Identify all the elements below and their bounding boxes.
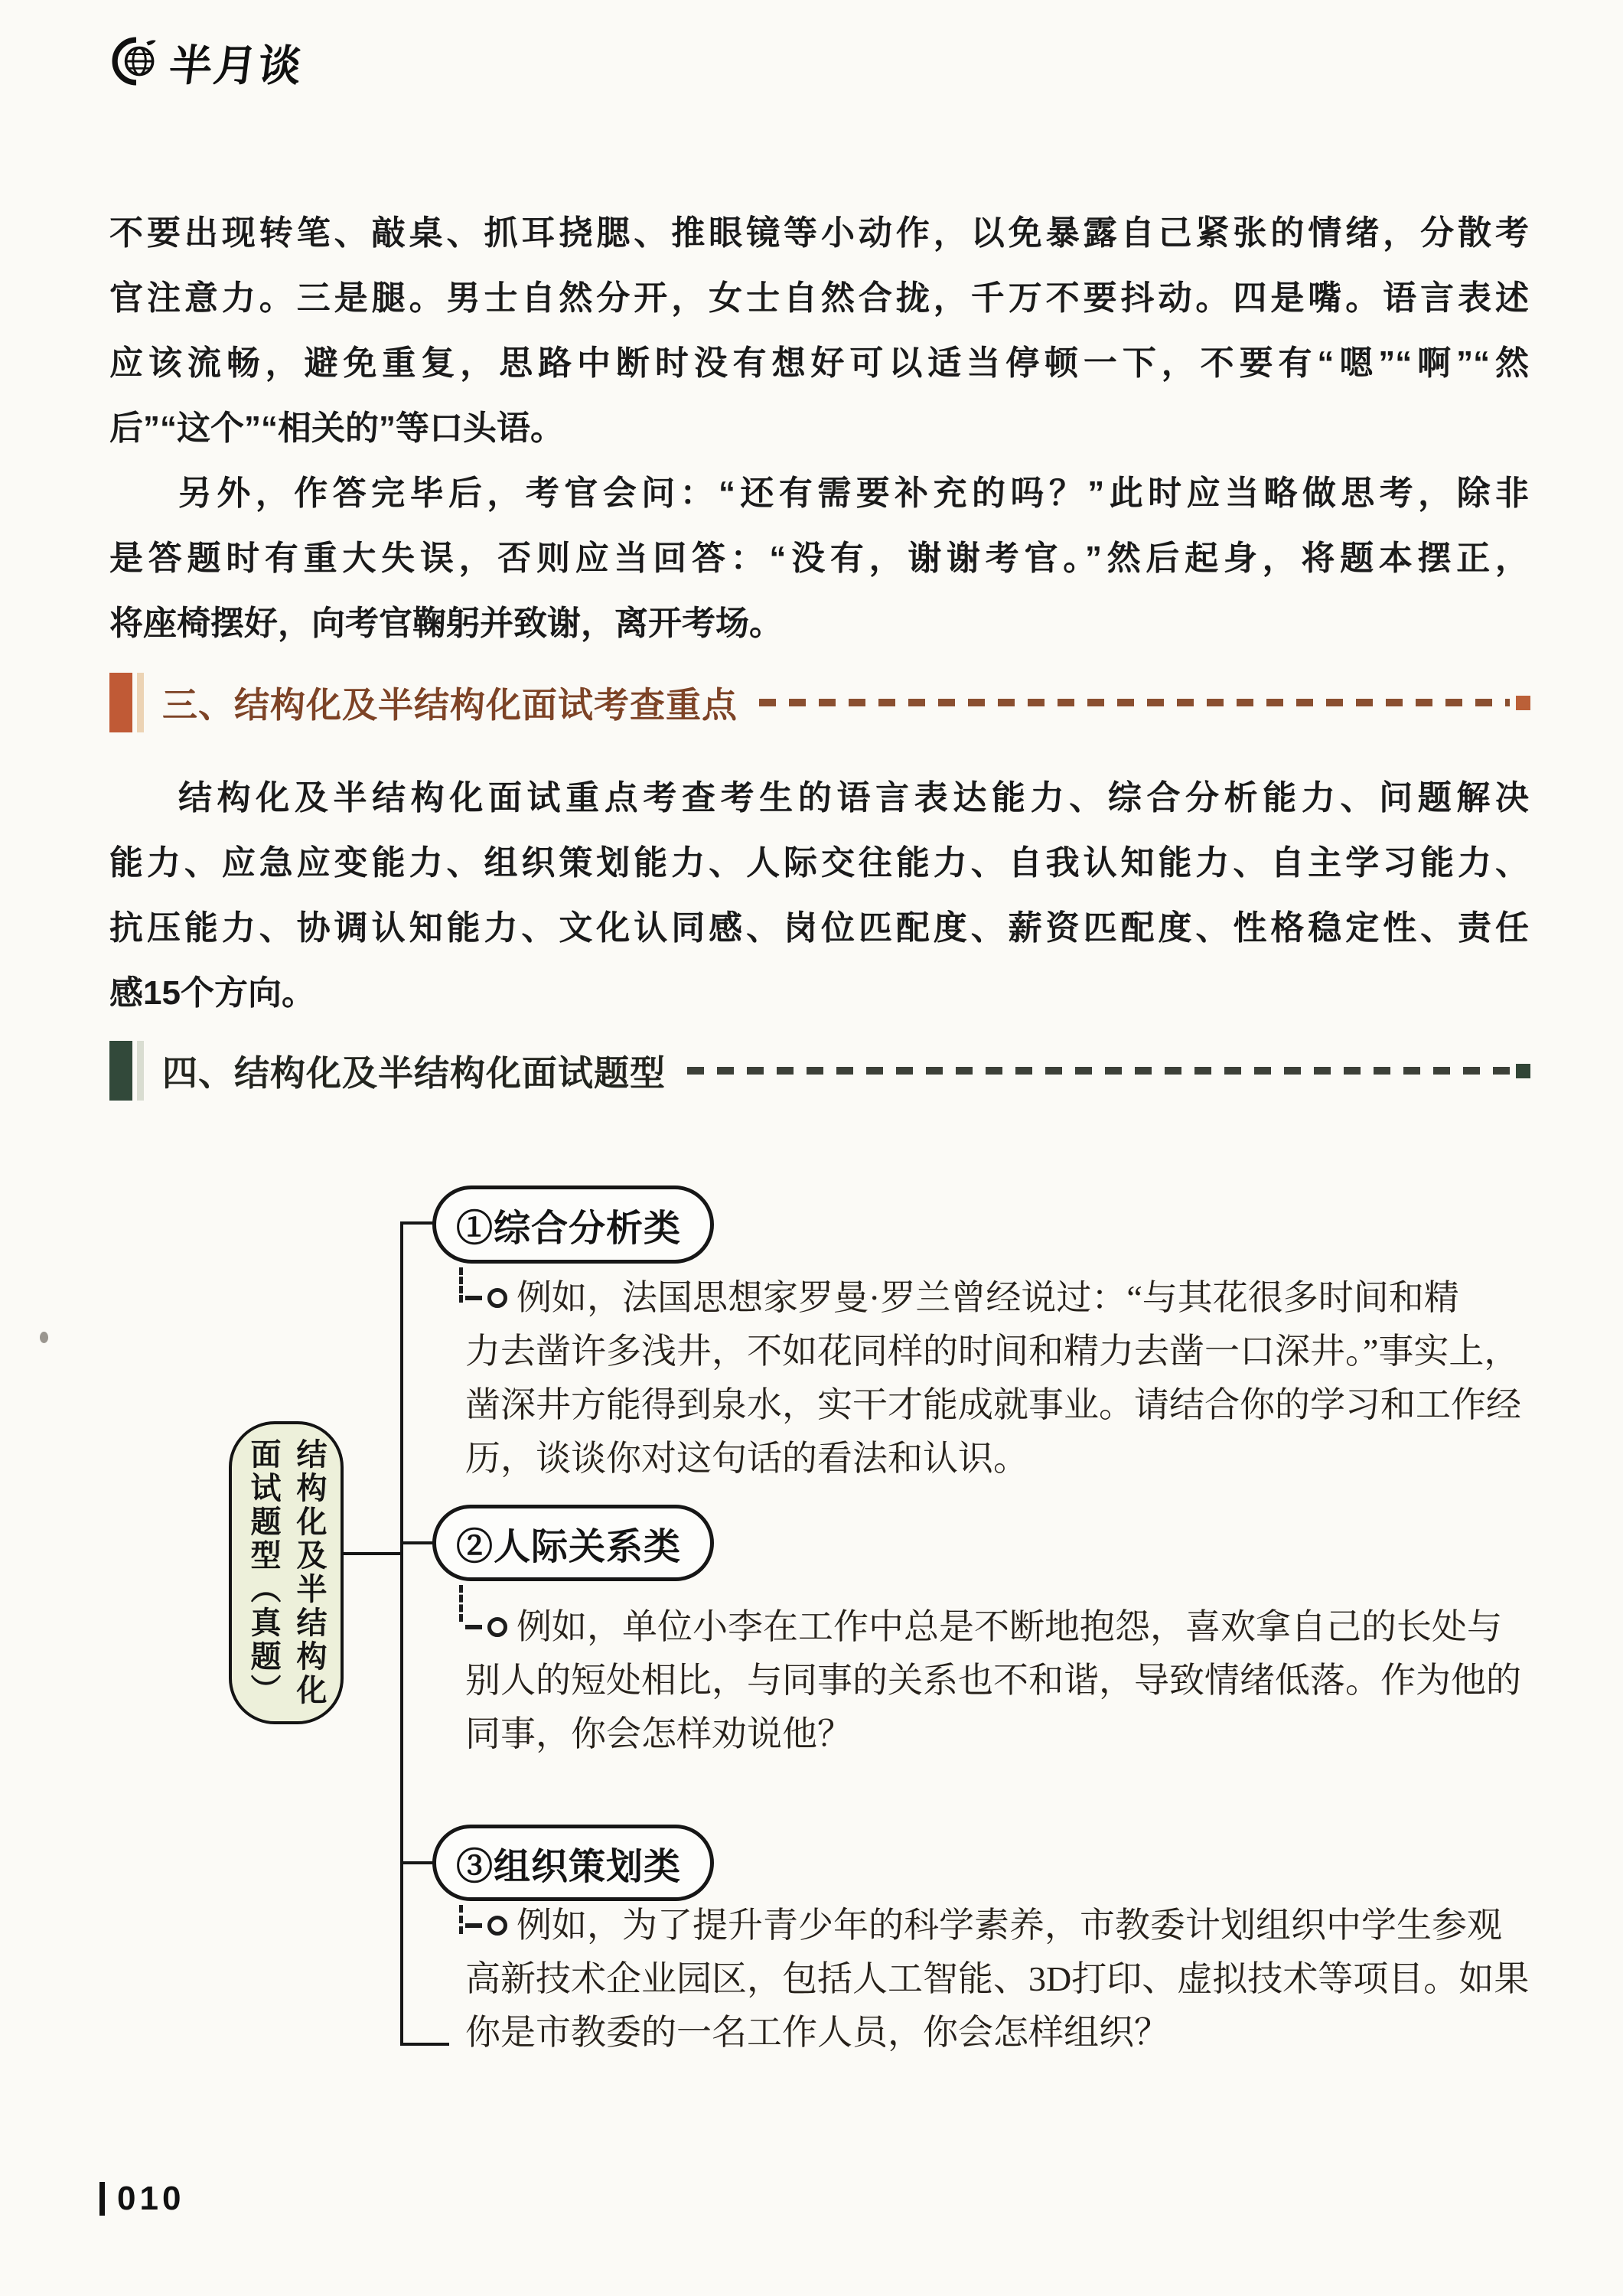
body-text-line: 将座椅摆好，向考官鞠躬并致谢，离开考场。	[109, 591, 1529, 656]
brand-name: 半月谈	[166, 32, 307, 93]
root-label-line: 结构化及半结构化	[286, 1438, 332, 1707]
branch2-connector-line	[400, 1541, 437, 1544]
section-accent-block	[109, 1041, 144, 1101]
section-title: 四、结构化及半结构化面试题型	[162, 1045, 666, 1096]
branch-bullet-icon	[465, 1916, 507, 1936]
body-text-line: 不要出现转笔、敲桌、抓耳挠腮、推眼镜等小动作，以免暴露自己紧张的情绪，分散考	[109, 201, 1529, 266]
example-text-line: 你是市教委的一名工作人员，你会怎样组织？	[465, 2006, 1555, 2060]
example-text-line: 高新技术企业园区，包括人工智能、3D打印、虚拟技术等项目。如果	[465, 1952, 1555, 2006]
section-accent-block	[109, 673, 144, 732]
body-text-line: 后”“这个”“相关的”等口头语。	[109, 396, 1529, 461]
example-text-line: 例如，单位小李在工作中总是不断地抱怨，喜欢拿自己的长处与	[465, 1600, 1555, 1654]
example-text: 例如，法国思想家罗曼·罗兰曾经说过：“与其花很多时间和精	[517, 1278, 1459, 1317]
rule-end-square	[1516, 1064, 1530, 1078]
body-text-line: 是答题时有重大失误，否则应当回答：“没有，谢谢考官。”然后起身，将题本摆正，	[109, 526, 1529, 591]
page-number: 010	[99, 2180, 184, 2218]
body-text-line: 另外，作答完毕后，考官会问：“还有需要补充的吗？”此时应当略做思考，除非	[109, 461, 1529, 526]
diagram-trunk-line	[400, 1221, 403, 2046]
diagram-root-label: 结构化及半结构化 面试题型（真题）	[240, 1438, 332, 1707]
example-text: 例如，单位小李在工作中总是不断地抱怨，喜欢拿自己的长处与	[517, 1607, 1502, 1646]
branch3-dashed-line	[459, 1905, 463, 1934]
globe-icon	[112, 36, 162, 90]
body-text-line: 感15个方向。	[109, 960, 1529, 1026]
branch-bullet-icon	[465, 1617, 507, 1637]
scan-artifact-dot	[40, 1332, 48, 1343]
root-connector-line	[344, 1552, 403, 1555]
branch-node-2: ②人际关系类	[432, 1505, 714, 1581]
dashed-rule	[687, 1067, 1510, 1075]
page-number-value: 010	[117, 2180, 184, 2218]
diagram-root-node: 结构化及半结构化 面试题型（真题）	[229, 1421, 344, 1724]
body-text-line: 能力、应急应变能力、组织策划能力、人际交往能力、自我认知能力、自主学习能力、	[109, 830, 1529, 895]
branch1-connector-line	[400, 1221, 437, 1225]
magazine-logo: 半月谈	[112, 32, 303, 93]
example-text-line: 例如，为了提升青少年的科学素养，市教委计划组织中学生参观	[465, 1899, 1555, 1952]
example-text-line: 例如，法国思想家罗曼·罗兰曾经说过：“与其花很多时间和精	[465, 1271, 1555, 1325]
example-text: 例如，为了提升青少年的科学素养，市教委计划组织中学生参观	[517, 1906, 1502, 1945]
branch2-dashed-line	[459, 1585, 463, 1622]
section-title: 三、结构化及半结构化面试考查重点	[162, 677, 738, 728]
example-text-line: 凿深井方能得到泉水，实干才能成就事业。请结合你的学习和工作经	[465, 1378, 1555, 1432]
body-text-line: 应该流畅，避免重复，思路中断时没有想好可以适当停顿一下，不要有“嗯”“啊”“然	[109, 331, 1529, 396]
rule-end-square	[1516, 696, 1530, 710]
branch-bullet-icon	[465, 1288, 507, 1308]
example-text-line: 历，谈谈你对这句话的看法和认识。	[465, 1432, 1555, 1486]
trunk-foot-line	[400, 2043, 449, 2046]
example-text-line: 别人的短处相比，与同事的关系也不和谐，导致情绪低落。作为他的	[465, 1654, 1555, 1707]
example-text-line: 同事，你会怎样劝说他？	[465, 1707, 1555, 1761]
section-heading-4: 四、结构化及半结构化面试题型	[109, 1039, 1530, 1103]
branch-node-1: ①综合分析类	[432, 1186, 714, 1264]
branch-node-3: ③组织策划类	[432, 1825, 714, 1901]
example-text-line: 力去凿许多浅井，不如花同样的时间和精力去凿一口深井。”事实上，	[465, 1325, 1555, 1378]
body-text-line: 抗压能力、协调认知能力、文化认同感、岗位匹配度、薪资匹配度、性格稳定性、责任	[109, 895, 1529, 960]
dashed-rule	[759, 699, 1510, 706]
body-text-line: 结构化及半结构化面试重点考查考生的语言表达能力、综合分析能力、问题解决	[109, 765, 1529, 830]
body-text-line: 官注意力。三是腿。男士自然分开，女士自然合拢，千万不要抖动。四是嘴。语言表述	[109, 266, 1529, 331]
root-label-line: 面试题型（真题）	[240, 1438, 286, 1707]
page-number-bar	[99, 2182, 105, 2216]
section-heading-3: 三、结构化及半结构化面试考查重点	[109, 670, 1530, 735]
branch3-connector-line	[400, 1861, 437, 1864]
branch1-dashed-line	[459, 1267, 463, 1303]
